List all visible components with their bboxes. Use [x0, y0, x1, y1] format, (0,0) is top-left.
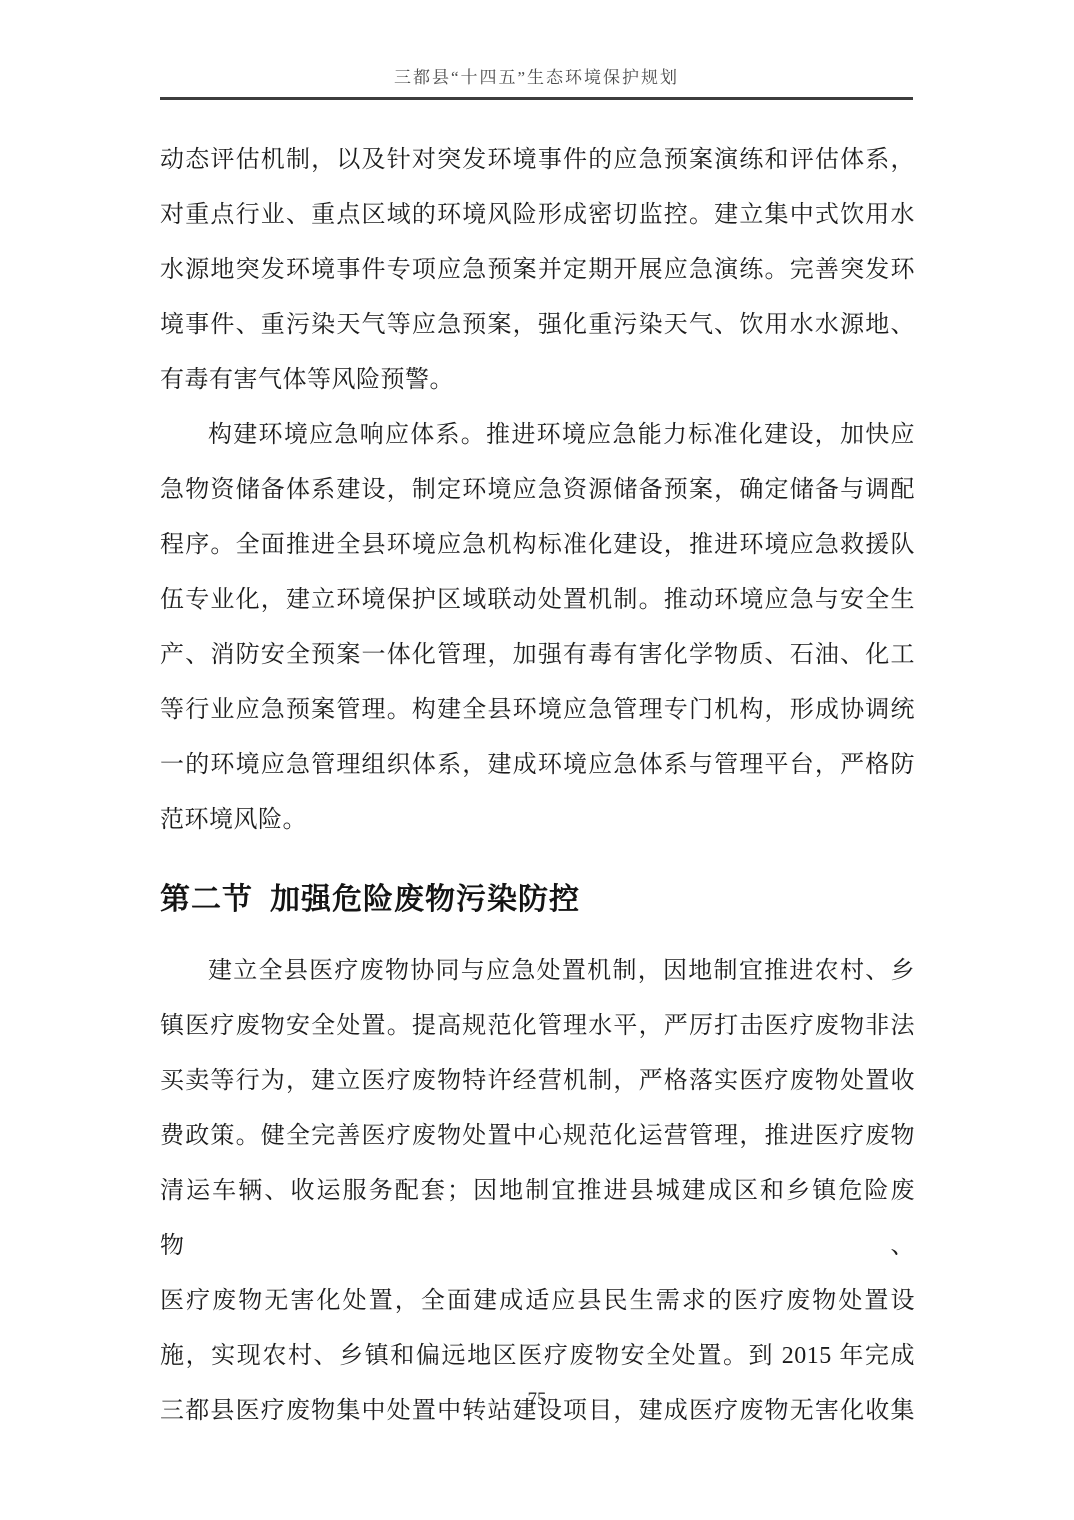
paragraph-line: 医疗废物无害化处置，全面建成适应县民生需求的医疗废物处置设: [160, 1274, 915, 1329]
paragraph-line: 范环境风险。: [160, 793, 915, 848]
paragraph-line: 程序。全面推进全县环境应急机构标准化建设，推进环境应急救援队: [160, 518, 915, 573]
paragraph-line: 建立全县医疗废物协同与应急处置机制，因地制宜推进农村、乡: [160, 944, 915, 999]
paragraph-line: 一的环境应急管理组织体系，建成环境应急体系与管理平台，严格防: [160, 738, 915, 793]
page-footer: 75: [0, 1388, 1074, 1412]
section-heading: 第二节 加强危险废物污染防控: [160, 870, 915, 930]
paragraph-line: 费政策。健全完善医疗废物处置中心规范化运营管理，推进医疗废物: [160, 1109, 915, 1164]
paragraph-line: 境事件、重污染天气等应急预案，强化重污染天气、饮用水水源地、: [160, 298, 915, 353]
paragraph-line: 对重点行业、重点区域的环境风险形成密切监控。建立集中式饮用水: [160, 188, 915, 243]
paragraph-line: 清运车辆、收运服务配套；因地制宜推进县城建成区和乡镇危险废物、: [160, 1164, 915, 1274]
paragraph-line: 动态评估机制，以及针对突发环境事件的应急预案演练和评估体系，: [160, 133, 915, 188]
page-number: 75: [528, 1389, 547, 1410]
page-header: 三都县“十四五”生态环境保护规划: [160, 0, 913, 100]
paragraph-emergency-plan: 动态评估机制，以及针对突发环境事件的应急预案演练和评估体系， 对重点行业、重点区…: [160, 133, 915, 408]
paragraph-line: 有毒有害气体等风险预警。: [160, 353, 915, 408]
header-title: 三都县“十四五”生态环境保护规划: [394, 68, 679, 87]
paragraph-line: 施，实现农村、乡镇和偏远地区医疗废物安全处置。到 2015 年完成: [160, 1329, 915, 1384]
paragraph-line: 等行业应急预案管理。构建全县环境应急管理专门机构，形成协调统: [160, 683, 915, 738]
paragraph-line: 构建环境应急响应体系。推进环境应急能力标准化建设，加快应: [160, 408, 915, 463]
document-body: 动态评估机制，以及针对突发环境事件的应急预案演练和评估体系， 对重点行业、重点区…: [160, 133, 915, 1439]
document-page: 三都县“十四五”生态环境保护规划 动态评估机制，以及针对突发环境事件的应急预案演…: [0, 0, 1074, 1520]
paragraph-line: 伍专业化，建立环境保护区域联动处置机制。推动环境应急与安全生: [160, 573, 915, 628]
paragraph-line: 水源地突发环境事件专项应急预案并定期开展应急演练。完善突发环: [160, 243, 915, 298]
paragraph-emergency-response: 构建环境应急响应体系。推进环境应急能力标准化建设，加快应 急物资储备体系建设，制…: [160, 408, 915, 848]
paragraph-line: 急物资储备体系建设，制定环境应急资源储备预案，确定储备与调配: [160, 463, 915, 518]
paragraph-line: 买卖等行为，建立医疗废物特许经营机制，严格落实医疗废物处置收: [160, 1054, 915, 1109]
paragraph-medical-waste: 建立全县医疗废物协同与应急处置机制，因地制宜推进农村、乡 镇医疗废物安全处置。提…: [160, 944, 915, 1439]
paragraph-line: 产、消防安全预案一体化管理，加强有毒有害化学物质、石油、化工: [160, 628, 915, 683]
paragraph-line: 镇医疗废物安全处置。提高规范化管理水平，严厉打击医疗废物非法: [160, 999, 915, 1054]
